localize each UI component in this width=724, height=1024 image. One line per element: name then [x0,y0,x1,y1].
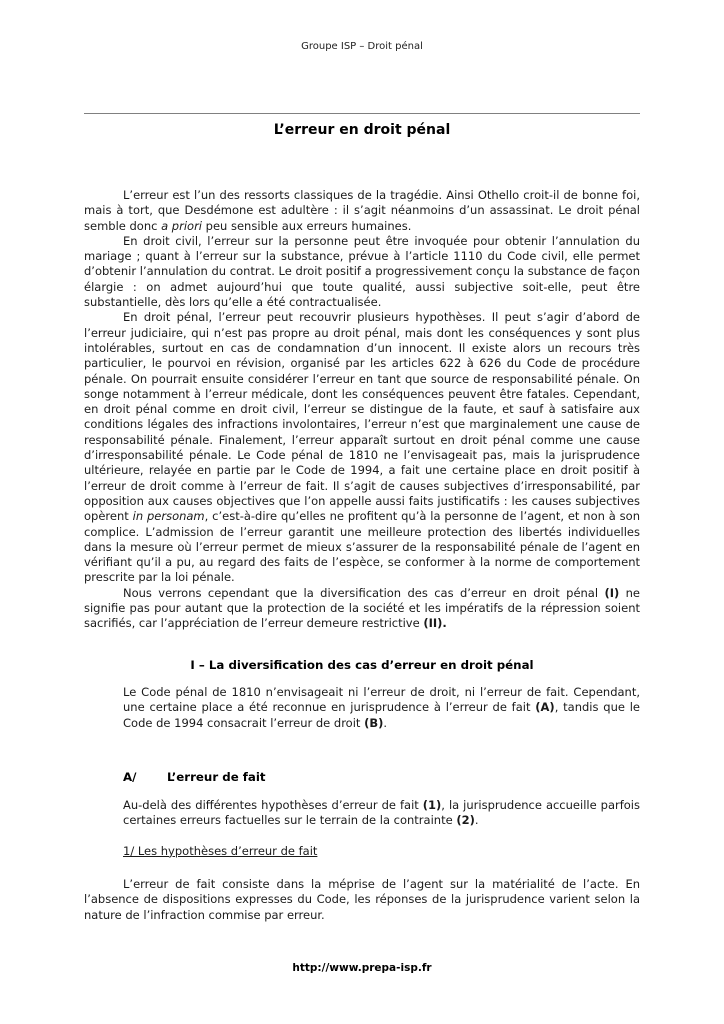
paragraph: L’erreur est l’un des ressorts classique… [84,188,640,234]
text-run: Au-delà des différentes hypothèses d’err… [123,798,423,812]
paragraph: En droit pénal, l’erreur peut recouvrir … [84,310,640,585]
footer-url: http://www.prepa-isp.fr [0,962,724,974]
text-run: I – La diversification des cas d’erreur … [190,658,533,672]
paragraph: L’erreur de fait consiste dans la mépris… [84,877,640,923]
paragraph: Le Code pénal de 1810 n’envisageait ni l… [123,685,640,731]
text-run: (2) [456,813,475,827]
paragraph: Au-delà des différentes hypothèses d’err… [123,798,640,829]
text-run: (1) [423,798,442,812]
text-run: (II). [423,616,446,630]
text-run: (B) [364,716,383,730]
text-run: L’erreur de fait [167,770,266,784]
text-run: 1/ Les hypothèses d’erreur de fait [123,844,317,858]
part-heading: I – La diversification des cas d’erreur … [84,658,640,673]
text-run: . [383,716,387,730]
paragraph: Nous verrons cependant que la diversific… [84,586,640,632]
page-header: Groupe ISP – Droit pénal [0,40,724,53]
text-run: (A) [535,700,554,714]
section-letter: A/ [123,770,167,785]
document-page: Groupe ISP – Droit pénal L’erreur en dro… [0,0,724,1024]
text-run: En droit pénal, l’erreur peut recouvrir … [84,310,640,523]
text-run: (I) [604,586,619,600]
paragraph: En droit civil, l’erreur sur la personne… [84,234,640,310]
text-run: peu sensible aux erreurs humaines. [202,219,411,233]
text-run: . [475,813,479,827]
text-run: in personam [133,509,205,523]
text-run: L’erreur de fait consiste dans la mépris… [84,877,640,922]
text-run: En droit civil, l’erreur sur la personne… [84,234,640,309]
text-run: Nous verrons cependant que la diversific… [123,586,604,600]
section-heading: A/L’erreur de fait [123,770,640,785]
document-title: L’erreur en droit pénal [0,121,724,139]
subsection-heading: 1/ Les hypothèses d’erreur de fait [123,844,640,859]
header-rule-divider [84,113,640,114]
text-run: a priori [161,219,202,233]
document-body: L’erreur est l’un des ressorts classique… [84,188,640,923]
